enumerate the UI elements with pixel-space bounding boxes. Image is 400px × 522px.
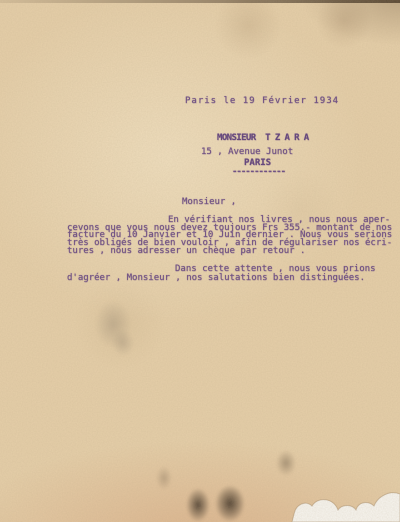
faint-smudge (156, 466, 172, 490)
salutation: Monsieur , (182, 198, 236, 207)
date-line: Paris le 19 Février 1934 (185, 97, 339, 106)
paper-grain-texture (0, 0, 400, 522)
paper-corner-shadow (300, 0, 400, 46)
torn-corner (290, 480, 400, 522)
recipient-name: MONSIEUR T Z A R A (217, 134, 309, 143)
ink-smudge (215, 485, 245, 522)
letter-scan: Paris le 19 Février 1934 MONSIEUR T Z A … (0, 0, 400, 522)
body-line-5: tures , nous adresser un chèque par reto… (67, 247, 305, 256)
recipient-street: 15 , Avenue Junot (201, 148, 293, 157)
faint-smudge (112, 330, 134, 356)
ink-smudge (186, 488, 210, 522)
faint-smudge (276, 450, 296, 476)
closing-line-2: d'agréer , Monsieur , nos salutations bi… (67, 274, 365, 283)
address-underline: ------------ (232, 168, 285, 177)
